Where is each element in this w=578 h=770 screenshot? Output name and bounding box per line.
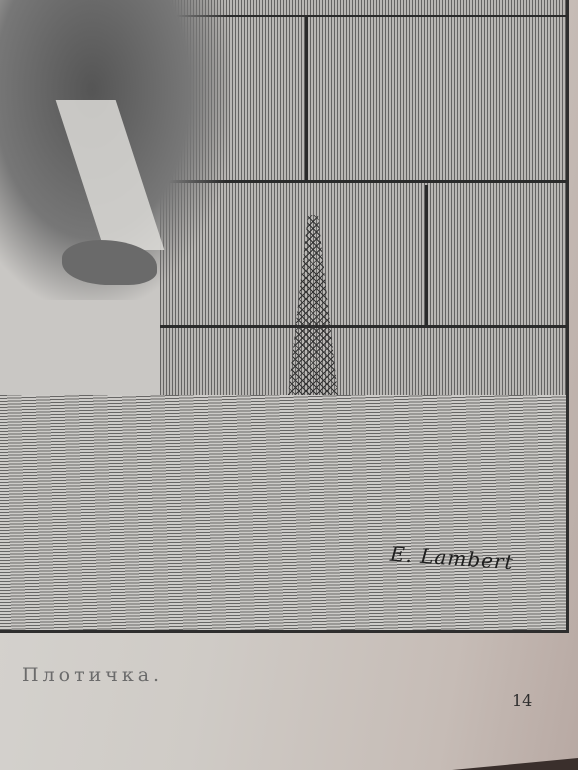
wall-joint bbox=[305, 15, 308, 180]
page-edge-shadow bbox=[398, 758, 578, 770]
engraving-illustration: E. Lambert bbox=[0, 0, 569, 633]
water-surface bbox=[0, 395, 566, 630]
illustration-caption: Плотичка. bbox=[22, 664, 163, 686]
wall-joint bbox=[160, 325, 566, 328]
page-number: 14 bbox=[512, 691, 532, 710]
wall-joint bbox=[425, 185, 428, 325]
